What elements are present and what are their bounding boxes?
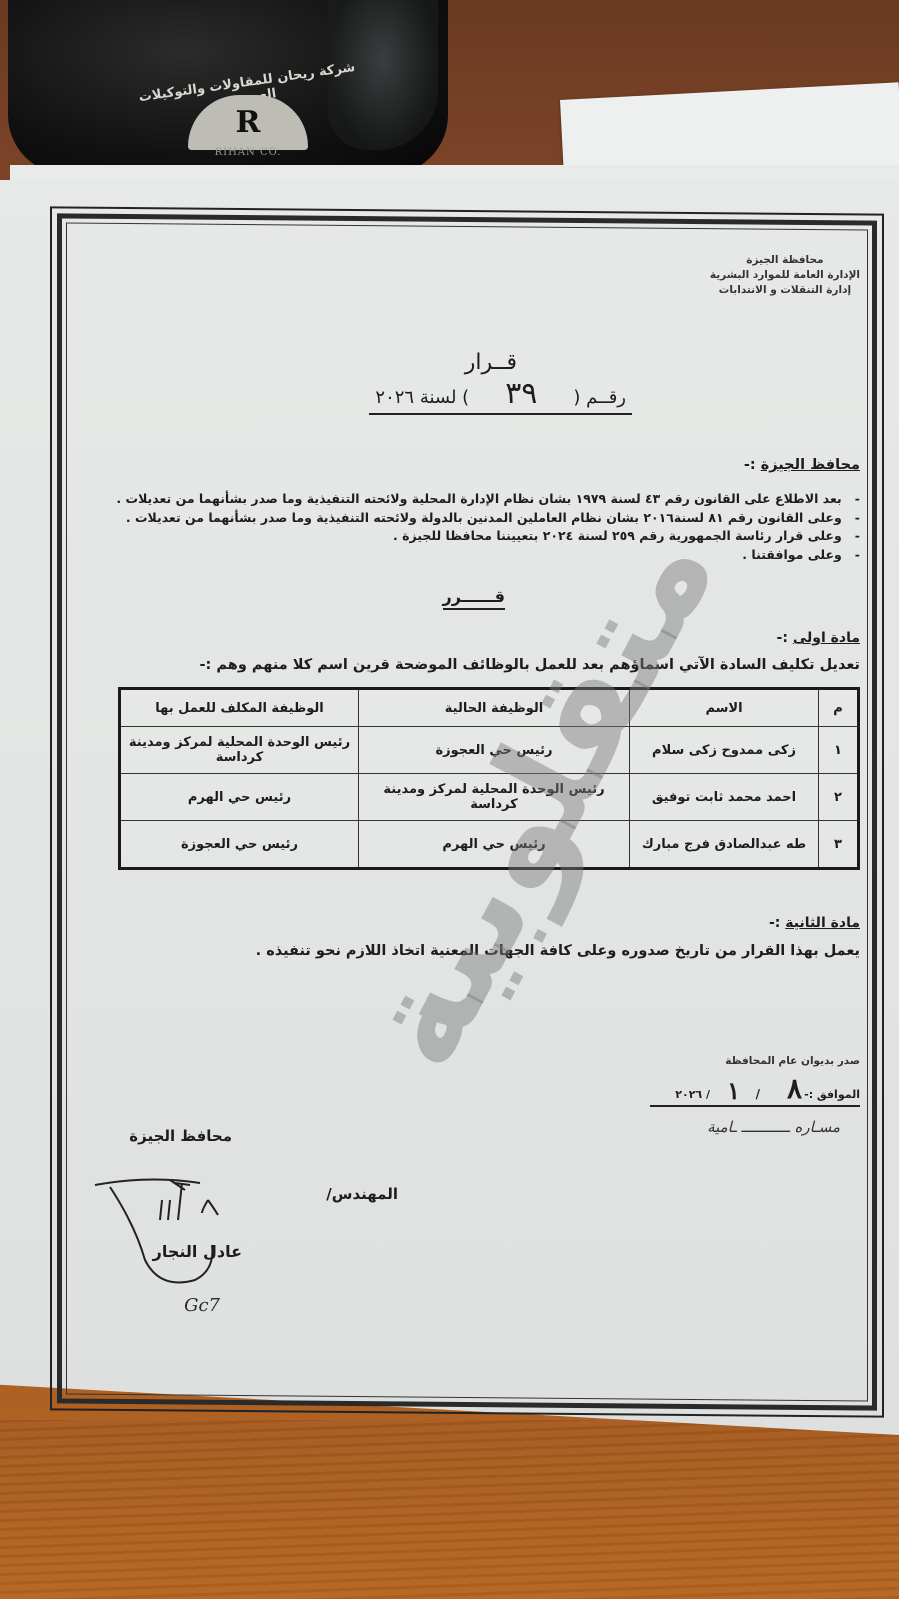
decided-heading: قــــــرر — [443, 587, 505, 610]
handwritten-note: مسـاره ـــــــــــ ـامية — [707, 1118, 840, 1136]
decree-number-label: رقــم ( — [573, 387, 626, 408]
cell-assigned-job: رئيس حي العجوزة — [120, 821, 359, 869]
preamble-heading-suffix: :- — [744, 457, 761, 473]
cell-current-job: رئيس الوحدة المحلية لمركز ومدينة كرداسة — [359, 774, 630, 821]
decree-number-line: رقــم (٣٩) لسنة ٢٠٢٦ — [369, 376, 632, 415]
cell-name: احمد محمد ثابت توفيق — [630, 774, 819, 821]
preamble-item: وعلى موافقتنا . — [116, 546, 860, 565]
cell-name: طه عبدالصادق فرج مبارك — [630, 821, 819, 869]
preamble-list: بعد الاطلاع على القانون رقم ٤٣ لسنة ١٩٧٩… — [116, 490, 860, 564]
table-row: ١ زكى ممدوح زكى سلام رئيس حي العجوزة رئي… — [120, 727, 859, 774]
mug-logo-subtext: RIHAN CO. — [198, 147, 298, 158]
cell-index: ١ — [819, 727, 859, 774]
letterhead-governorate: محافظة الجيزة — [710, 253, 860, 268]
cell-index: ٢ — [819, 774, 859, 821]
preamble-item: وعلى القانون رقم ٨١ لسنة٢٠١٦ بشان نظام ا… — [116, 509, 860, 528]
signature-initials: Gc7 — [184, 1295, 220, 1316]
signature-title: محافظ الجيزة — [129, 1127, 232, 1145]
article-one-heading-text: مادة اولى — [793, 630, 860, 646]
date-label: الموافق :- — [804, 1088, 860, 1101]
article-one-text: تعديل تكليف السادة الآتي اسماؤهم بعد للع… — [200, 657, 860, 673]
column-header-index: م — [819, 689, 859, 727]
cell-index: ٣ — [819, 821, 859, 869]
article-one-heading-suffix: :- — [777, 630, 793, 646]
document-content: محافظة الجيزة الإدارة العامة للموارد الب… — [70, 225, 860, 1395]
article-two-text: يعمل بهذا القرار من تاريخ صدوره وعلى كاف… — [256, 943, 860, 959]
cell-current-job: رئيس حي الهرم — [359, 821, 630, 869]
table-row: ٣ طه عبدالصادق فرج مبارك رئيس حي الهرم ر… — [120, 821, 859, 869]
date-year: / ٢٠٢٦ — [675, 1088, 710, 1101]
column-header-name: الاسم — [630, 689, 819, 727]
date-separator: / — [756, 1087, 760, 1101]
cell-current-job: رئيس حي العجوزة — [359, 727, 630, 774]
article-two-heading-text: مادة الثانية — [785, 915, 860, 931]
letterhead-section: إدارة التنقلات و الانتدابات — [710, 283, 860, 298]
signature-prefix: المهندس/ — [326, 1185, 398, 1203]
table-header-row: م الاسم الوظيفة الحالية الوظيفة المكلف ل… — [120, 689, 859, 727]
issue-date-line: الموافق :- ٨ / ١ / ٢٠٢٦ — [650, 1075, 860, 1107]
table-row: ٢ احمد محمد ثابت توفيق رئيس الوحدة المحل… — [120, 774, 859, 821]
letterhead: محافظة الجيزة الإدارة العامة للموارد الب… — [710, 253, 860, 298]
mug: شركة ريحان للمقاولات والتوكيلات العمومية… — [8, 0, 448, 175]
decree-number: ٣٩ — [505, 376, 537, 411]
date-day: ٨ — [787, 1072, 802, 1105]
letterhead-department: الإدارة العامة للموارد البشرية — [710, 268, 860, 283]
column-header-current-job: الوظيفة الحالية — [359, 689, 630, 727]
article-two-heading: مادة الثانية :- — [769, 915, 860, 931]
assignments-table: م الاسم الوظيفة الحالية الوظيفة المكلف ل… — [118, 687, 860, 870]
article-one-heading: مادة اولى :- — [777, 630, 860, 646]
desk-surface — [0, 1420, 899, 1599]
date-month: ١ — [727, 1076, 740, 1105]
decree-title: قــرار — [465, 350, 517, 375]
decree-year: ) لسنة ٢٠٢٦ — [375, 387, 469, 408]
preamble-item: بعد الاطلاع على القانون رقم ٤٣ لسنة ١٩٧٩… — [116, 490, 860, 509]
issued-at: صدر بديوان عام المحافظة — [725, 1055, 860, 1067]
cell-assigned-job: رئيس الوحدة المحلية لمركز ومدينة كرداسة — [120, 727, 359, 774]
article-two-heading-suffix: :- — [769, 915, 785, 931]
handwritten-signature-icon — [90, 1165, 260, 1295]
cell-assigned-job: رئيس حي الهرم — [120, 774, 359, 821]
signatory-name: عادل النجار — [153, 1242, 242, 1261]
column-header-assigned-job: الوظيفة المكلف للعمل بها — [120, 689, 359, 727]
preamble-heading-text: محافظ الجيزة — [761, 457, 860, 473]
preamble-heading: محافظ الجيزة :- — [744, 457, 860, 473]
cell-name: زكى ممدوح زكى سلام — [630, 727, 819, 774]
preamble-item: وعلى قرار رئاسة الجمهورية رقم ٢٥٩ لسنة ٢… — [116, 527, 860, 546]
